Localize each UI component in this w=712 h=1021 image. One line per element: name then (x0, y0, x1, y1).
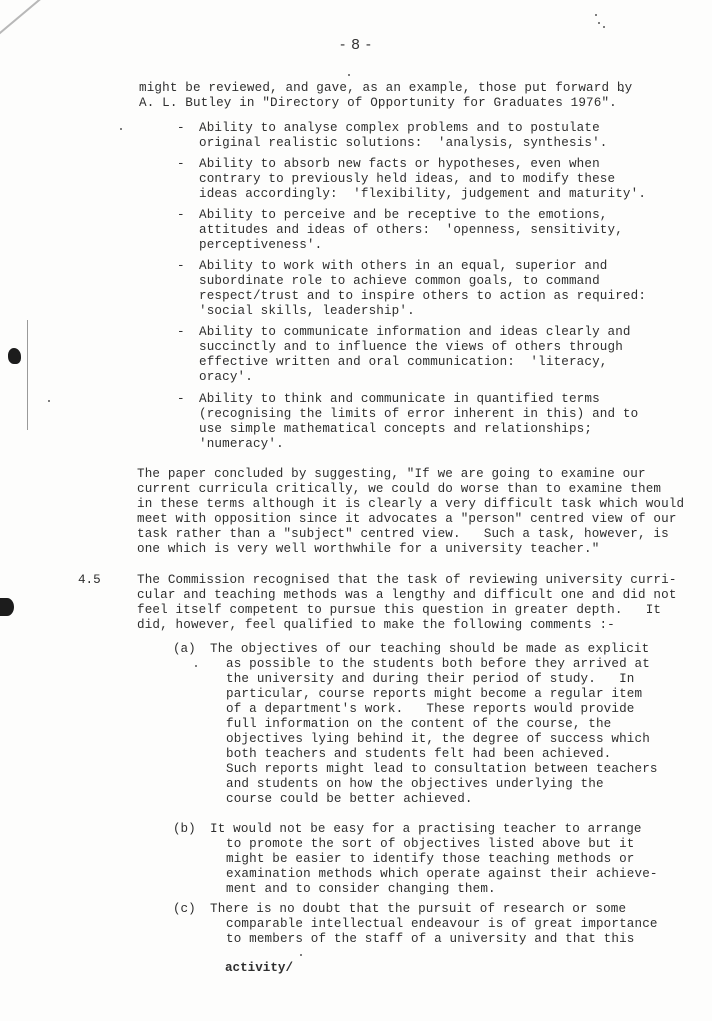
item-text-line: might be easier to identify those teachi… (226, 852, 635, 867)
bullet-text-line: Ability to perceive and be receptive to … (199, 208, 608, 223)
section-text-line: The Commission recognised that the task … (137, 573, 677, 588)
section-number: 4.5 (78, 573, 101, 588)
bullet-text-line: attitudes and ideas of others: 'openness… (199, 223, 623, 238)
item-text-line: and students on how the objectives under… (226, 777, 604, 792)
section-text-line: cular and teaching methods was a lengthy… (137, 588, 677, 603)
bullet-text-line: Ability to absorb new facts or hypothese… (199, 157, 600, 172)
bullet-text-line: (recognising the limits of error inheren… (199, 407, 638, 422)
scan-speck (195, 665, 197, 667)
item-text-line: to promote the sort of objectives listed… (226, 837, 635, 852)
bullet-text-line: 'numeracy'. (199, 437, 284, 452)
scan-speck (120, 128, 122, 130)
bullet-text-line: subordinate role to achieve common goals… (199, 274, 600, 289)
bullet-text-line: Ability to analyse complex problems and … (199, 121, 600, 136)
punch-hole-mark (8, 348, 21, 364)
item-text-line: particular, course reports might become … (226, 687, 642, 702)
bullet-text-line: use simple mathematical concepts and rel… (199, 422, 592, 437)
conclusion-text-line: one which is very well worthwhile for a … (137, 542, 599, 557)
item-text-line: as possible to the students both before … (226, 657, 650, 672)
item-text-line: of a department's work. These reports wo… (226, 702, 635, 717)
section-text-line: did, however, feel qualified to make the… (137, 618, 615, 633)
scan-speck (48, 400, 50, 402)
scan-speck (622, 90, 624, 92)
item-label: (a) (173, 642, 196, 657)
intro-text-line: might be reviewed, and gave, as an examp… (139, 81, 632, 96)
bullet-dash: - (177, 325, 185, 340)
scan-margin-line (27, 320, 28, 430)
bullet-dash: - (177, 259, 185, 274)
item-text-line: examination methods which operate agains… (226, 867, 658, 882)
bullet-text-line: oracy'. (199, 370, 253, 385)
item-text-line: comparable intellectual endeavour is of … (226, 917, 658, 932)
item-label: (b) (173, 822, 196, 837)
catchword: activity/ (225, 961, 293, 975)
item-text-line: full information on the content of the c… (226, 717, 611, 732)
page-number: - 8 - (0, 36, 712, 53)
conclusion-text-line: The paper concluded by suggesting, "If w… (137, 467, 646, 482)
item-text-line: Such reports might lead to consultation … (226, 762, 658, 777)
conclusion-text-line: task rather than a "subject" centred vie… (137, 527, 669, 542)
bullet-text-line: Ability to communicate information and i… (199, 325, 631, 340)
item-text-line: both teachers and students felt had been… (226, 747, 611, 762)
item-text-line: The objectives of our teaching should be… (210, 642, 649, 657)
punch-hole-mark (0, 598, 14, 616)
bullet-text-line: original realistic solutions: 'analysis,… (199, 136, 608, 151)
conclusion-text-line: in these terms although it is clearly a … (137, 497, 684, 512)
bullet-dash: - (177, 392, 185, 407)
scan-speck (300, 954, 302, 956)
bullet-dash: - (177, 157, 185, 172)
bullet-text-line: Ability to work with others in an equal,… (199, 259, 608, 274)
item-text-line: the university and during their period o… (226, 672, 635, 687)
scan-speck (595, 14, 597, 16)
bullet-text-line: contrary to previously held ideas, and t… (199, 172, 615, 187)
item-text-line: There is no doubt that the pursuit of re… (210, 902, 626, 917)
section-text-line: feel itself competent to pursue this que… (137, 603, 661, 618)
item-text-line: objectives lying behind it, the degree o… (226, 732, 650, 747)
item-text-line: It would not be easy for a practising te… (210, 822, 642, 837)
scan-speck (603, 26, 605, 28)
scan-speck (598, 22, 600, 24)
bullet-text-line: perceptiveness'. (199, 238, 322, 253)
bullet-text-line: ideas accordingly: 'flexibility, judgeme… (199, 187, 646, 202)
item-label: (c) (173, 902, 196, 917)
bullet-text-line: succinctly and to influence the views of… (199, 340, 623, 355)
conclusion-text-line: meet with opposition since it advocates … (137, 512, 677, 527)
bullet-dash: - (177, 208, 185, 223)
item-text-line: ment and to consider changing them. (226, 882, 496, 897)
intro-text-line: A. L. Butley in "Directory of Opportunit… (139, 96, 617, 111)
bullet-text-line: effective written and oral communication… (199, 355, 608, 370)
bullet-text-line: Ability to think and communicate in quan… (199, 392, 600, 407)
item-text-line: to members of the staff of a university … (226, 932, 635, 947)
scan-speck (348, 74, 350, 76)
item-text-line: course could be better achieved. (226, 792, 473, 807)
bullet-text-line: respect/trust and to inspire others to a… (199, 289, 646, 304)
conclusion-text-line: current curricula critically, we could d… (137, 482, 661, 497)
bullet-dash: - (177, 121, 185, 136)
bullet-text-line: 'social skills, leadership'. (199, 304, 415, 319)
